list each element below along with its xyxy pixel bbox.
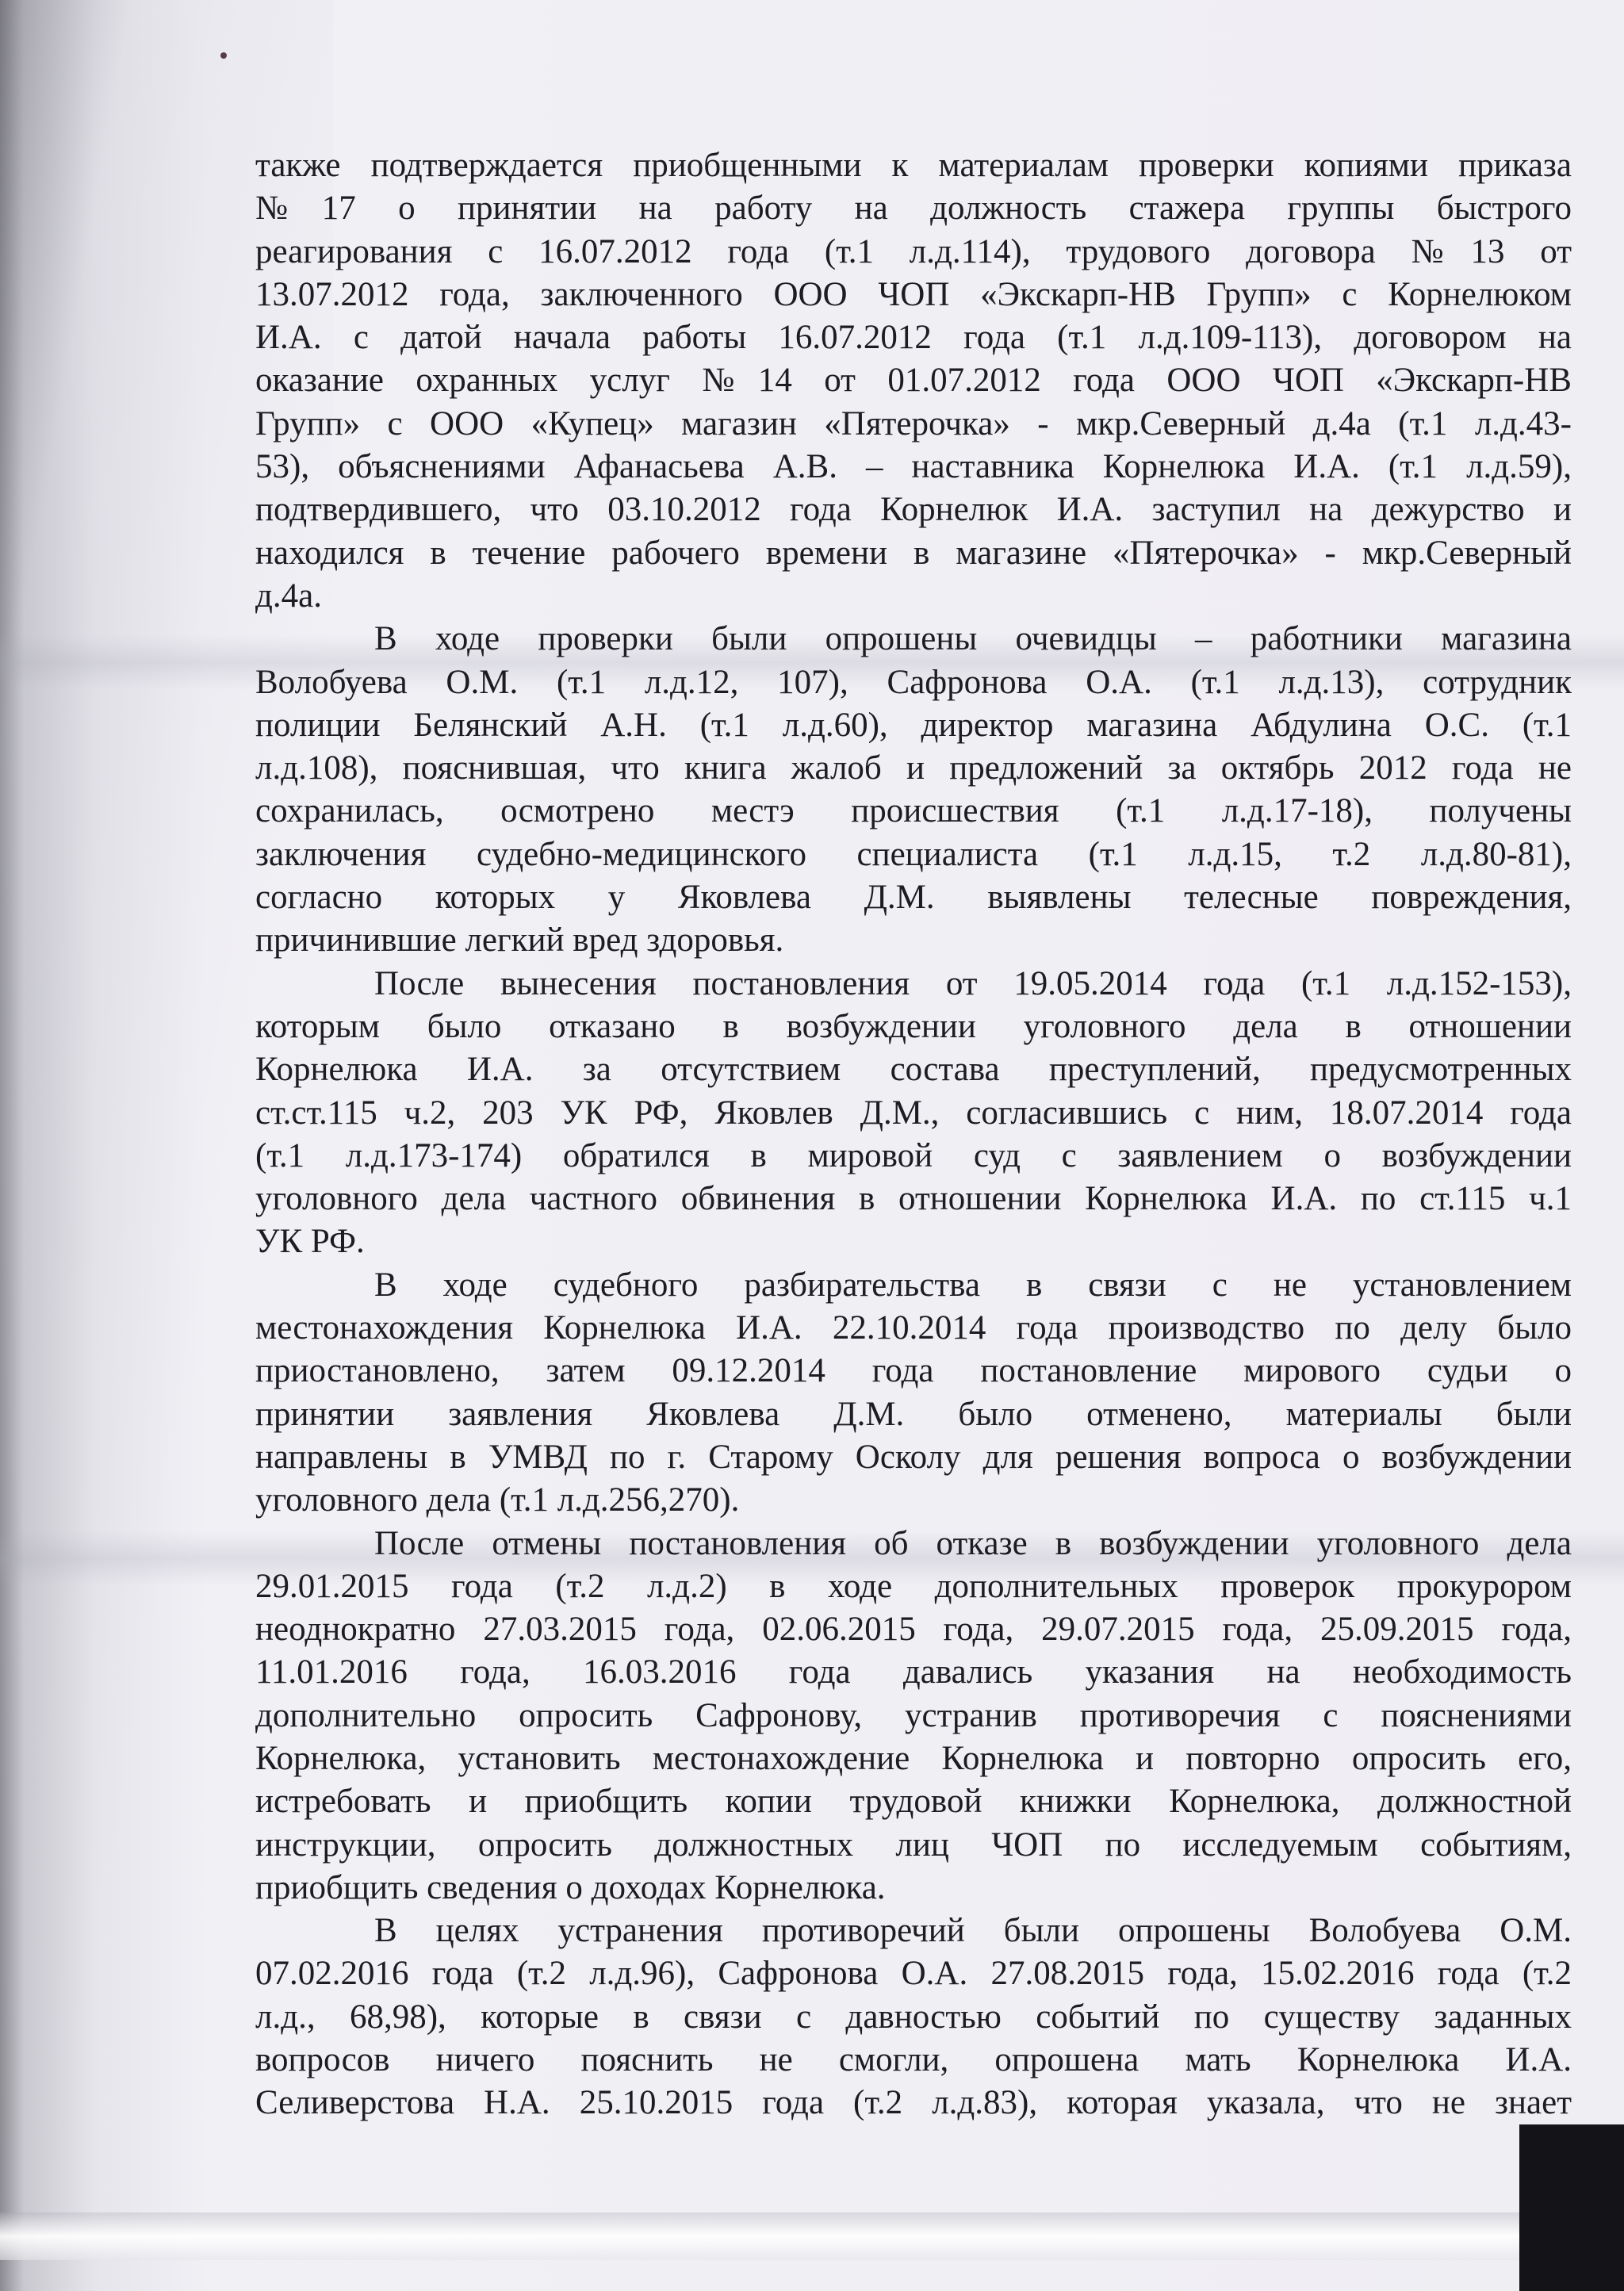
document-body: также подтверждается приобщенными к мате… bbox=[255, 144, 1572, 2125]
text-line: неоднократно 27.03.2015 года, 02.06.2015… bbox=[255, 1608, 1572, 1651]
scanner-corner-shadow bbox=[1519, 2124, 1624, 2291]
text-line: 53), объяснениями Афанасьева А.В. – наст… bbox=[255, 446, 1572, 488]
text-line: приостановлено, затем 09.12.2014 года по… bbox=[255, 1350, 1572, 1393]
text-line: Корнелюка, установить местонахождение Ко… bbox=[255, 1737, 1572, 1780]
text-line: ст.ст.115 ч.2, 203 УК РФ, Яковлев Д.М., … bbox=[255, 1092, 1572, 1135]
text-line: направлены в УМВД по г. Старому Осколу д… bbox=[255, 1436, 1572, 1479]
text-line: дополнительно опросить Сафронову, устран… bbox=[255, 1695, 1572, 1737]
text-line: причинившие легкий вред здоровья. bbox=[255, 919, 1572, 962]
paragraph: После отмены постановления об отказе в в… bbox=[255, 1523, 1572, 1910]
text-line: уголовного дела частного обвинения в отн… bbox=[255, 1178, 1572, 1220]
text-line: №17 о принятии на работу на должность ст… bbox=[255, 187, 1572, 230]
text-line: И.А. с датой начала работы 16.07.2012 го… bbox=[255, 316, 1572, 359]
text-line: Волобуева О.М. (т.1 л.д.12, 107), Сафрон… bbox=[255, 661, 1572, 704]
paragraph: также подтверждается приобщенными к мате… bbox=[255, 144, 1572, 618]
text-line: л.д., 68,98), которые в связи с давность… bbox=[255, 1996, 1572, 2039]
text-line: которым было отказано в возбуждении угол… bbox=[255, 1006, 1572, 1048]
text-line: УК РФ. bbox=[255, 1220, 1572, 1263]
text-line: (т.1 л.д.173-174) обратился в мировой су… bbox=[255, 1135, 1572, 1178]
text-line: истребовать и приобщить копии трудовой к… bbox=[255, 1780, 1572, 1823]
text-line: В целях устранения противоречий были опр… bbox=[255, 1910, 1572, 1952]
text-line: реагирования с 16.07.2012 года (т.1 л.д.… bbox=[255, 231, 1572, 274]
paragraph: В ходе судебного разбирательства в связи… bbox=[255, 1264, 1572, 1523]
paragraph: После вынесения постановления от 19.05.2… bbox=[255, 963, 1572, 1264]
text-line: уголовного дела (т.1 л.д.256,270). bbox=[255, 1479, 1572, 1522]
text-line: В ходе проверки были опрошены очевидцы –… bbox=[255, 618, 1572, 661]
paragraph: В целях устранения противоречий были опр… bbox=[255, 1910, 1572, 2124]
text-line: После вынесения постановления от 19.05.2… bbox=[255, 963, 1572, 1006]
paragraph: В ходе проверки были опрошены очевидцы –… bbox=[255, 618, 1572, 962]
text-line: сохранилась, осмотрено местэ происшестви… bbox=[255, 790, 1572, 833]
text-line: 13.07.2012 года, заключенного ООО ЧОП «Э… bbox=[255, 274, 1572, 316]
text-line: После отмены постановления об отказе в в… bbox=[255, 1523, 1572, 1565]
text-line: приобщить сведения о доходах Корнелюка. bbox=[255, 1867, 1572, 1910]
text-line: 07.02.2016 года (т.2 л.д.96), Сафронова … bbox=[255, 1952, 1572, 1995]
text-line: Корнелюка И.А. за отсутствием состава пр… bbox=[255, 1048, 1572, 1091]
text-line: вопросов ничего пояснить не смогли, опро… bbox=[255, 2039, 1572, 2082]
text-line: 29.01.2015 года (т.2 л.д.2) в ходе допол… bbox=[255, 1565, 1572, 1608]
text-line: находился в течение рабочего времени в м… bbox=[255, 532, 1572, 575]
text-line: оказание охранных услуг №14 от 01.07.201… bbox=[255, 359, 1572, 402]
text-line: д.4а. bbox=[255, 575, 1572, 618]
text-line: подтвердившего, что 03.10.2012 года Корн… bbox=[255, 488, 1572, 531]
text-line: местонахождения Корнелюка И.А. 22.10.201… bbox=[255, 1307, 1572, 1350]
text-line: полиции Белянский А.Н. (т.1 л.д.60), дир… bbox=[255, 704, 1572, 747]
text-line: заключения судебно-медицинского специали… bbox=[255, 833, 1572, 876]
staple-hole-icon bbox=[220, 52, 227, 59]
text-line: Групп» с ООО «Купец» магазин «Пятерочка»… bbox=[255, 403, 1572, 446]
text-line: принятии заявления Яковлева Д.М. было от… bbox=[255, 1393, 1572, 1436]
text-line: инструкции, опросить должностных лиц ЧОП… bbox=[255, 1824, 1572, 1867]
text-line: также подтверждается приобщенными к мате… bbox=[255, 144, 1572, 187]
text-line: В ходе судебного разбирательства в связи… bbox=[255, 1264, 1572, 1307]
text-line: Селиверстова Н.А. 25.10.2015 года (т.2 л… bbox=[255, 2082, 1572, 2124]
text-line: согласно которых у Яковлева Д.М. выявлен… bbox=[255, 876, 1572, 919]
text-line: л.д.108), пояснившая, что книга жалоб и … bbox=[255, 747, 1572, 790]
text-line: 11.01.2016 года, 16.03.2016 года давалис… bbox=[255, 1651, 1572, 1694]
